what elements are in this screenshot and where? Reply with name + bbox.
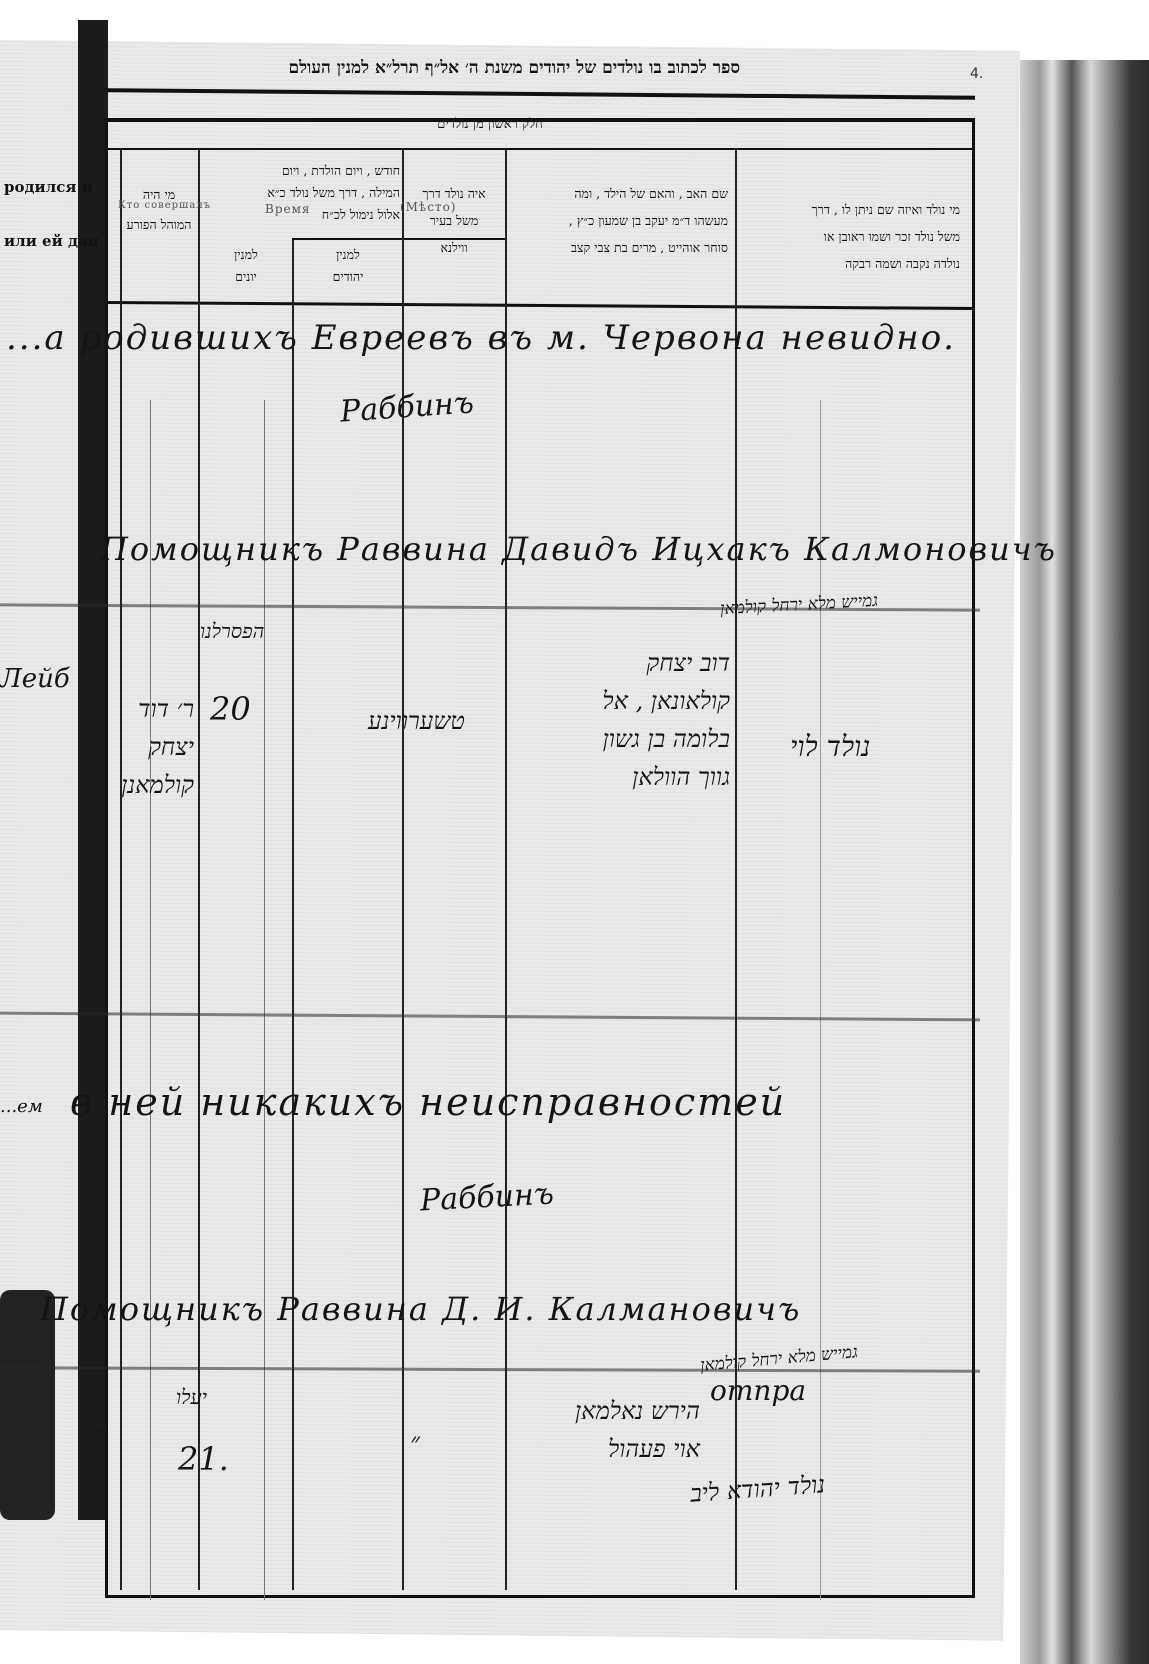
entry-1-place: טשערווינע (368, 702, 465, 740)
mohel-line: ר׳ דוד (94, 690, 194, 728)
header-line: נולדה נקבה ושמה רבקה (740, 250, 960, 277)
subheader-line: יהודים (296, 266, 400, 288)
header-top-line (105, 148, 975, 150)
header-who-born: מי נולד ואיזה שם ניתן לו , דרך משל נולד … (740, 196, 960, 277)
book-title: ספר לכתוב בו נולדים של יהודים משנת ה׳ אל… (200, 58, 740, 78)
book-edge (1020, 60, 1149, 1664)
ru-overprint-mohel: Кто совершалъ (118, 200, 211, 211)
header-line: חודש , ויום הולדת , ויום (200, 160, 400, 182)
assistant-rabbi-line-2: Помощникъ Раввина Д. И. Калмановичъ (40, 1290, 801, 1328)
entry-1-parents: דוב יצחק קולאונאן , אל בלומה בן גשון גוו… (490, 644, 730, 796)
header-line: מעשהו ד״מ יעקב בן שמעון כ״ץ , (510, 207, 728, 234)
left-page-printed-line-2: или ей дан (4, 232, 99, 250)
header-line: שם האב , והאם של הילד , ומה (510, 180, 728, 207)
header-line: המילה , דרך משל נולד כ״א (200, 182, 400, 204)
header-line: מי נולד ואיזה שם ניתן לו , דרך (740, 196, 960, 223)
entry-2-ditto-place: ״ (410, 1428, 420, 1458)
column-divider (198, 150, 200, 1590)
section-title: חלק ראשון מן נולדים (360, 116, 620, 132)
assistant-rabbi-line-1: Помощникъ Раввина Давидъ Ицхакъ Калмонов… (100, 530, 1057, 568)
subheader-christian: למנין יונים (202, 244, 290, 288)
entry-1-mohel: ר׳ דוד יצחק קולמאנן (94, 690, 194, 804)
header-parents: שם האב , והאם של הילד , ומה מעשהו ד״מ יע… (510, 180, 728, 261)
entry-1-christian-day: 20 (210, 690, 251, 728)
subheader-line: למנין (296, 244, 400, 266)
faint-rule (150, 400, 151, 1600)
handwritten-note-top: ...а родившихъ Евреевъ въ м. Червона нев… (6, 318, 956, 358)
entry-1-month: הפסרלנו (200, 612, 264, 650)
header-line: ווילנא (406, 234, 502, 261)
mohel-line: קולמאנן (94, 766, 194, 804)
column-divider (292, 240, 294, 1590)
left-margin-hand-1: Лейб (0, 664, 70, 694)
parents-line: הירש נאלמאן (460, 1392, 700, 1430)
entry-2-parents: הירש נאלמאן אוי פעהול (460, 1392, 700, 1468)
faint-rule (264, 400, 265, 1600)
parents-line: אוי פעהול (460, 1430, 700, 1468)
parents-line: בלומה בן גשון (490, 720, 730, 758)
entry-2-christian-day: 21. (178, 1440, 229, 1478)
entry-2-ditto-mohel: ״ (96, 1418, 106, 1448)
column-divider (505, 150, 507, 1590)
entry-2-month: יעלו (176, 1378, 207, 1416)
page-corner-mark: 4. (970, 66, 983, 82)
parents-line: קולאונאן , אל (490, 682, 730, 720)
header-where-born: איה נולד דרך משל בעיר ווילנא (406, 180, 502, 261)
column-divider (120, 150, 122, 1590)
ru-overprint-place: (Mѣсто) (400, 200, 456, 214)
header-line: המוהל הפורע (122, 210, 196, 240)
entry-1-child: נולד לוי (790, 728, 870, 766)
subheader-line: למנין (202, 244, 290, 266)
parents-line: דוב יצחק (490, 644, 730, 682)
rabbi-signature-2: Раббинъ (419, 1177, 554, 1219)
header-line: משל נולד זכר ושמו ראובן או (740, 223, 960, 250)
ru-overprint-time: Время (265, 202, 311, 216)
subheader-jewish: למנין יהודים (296, 244, 400, 288)
column-divider (402, 150, 404, 1590)
left-margin-hand-2: ...ем (0, 1096, 43, 1117)
header-dates: חודש , ויום הולדת , ויום המילה , דרך משל… (200, 160, 400, 226)
handwritten-note-mid: в ней никакихъ неисправностей (70, 1080, 786, 1124)
header-line: סוחר אוהייט , מרים בת צבי קצב (510, 234, 728, 261)
left-page-printed-line-1: родился и (4, 178, 93, 196)
correction-note: отпра (710, 1374, 806, 1407)
mohel-line: יצחק (94, 728, 194, 766)
faint-rule (820, 400, 821, 1600)
parents-line: גווך הוולאן (490, 758, 730, 796)
subheader-line: יונים (202, 266, 290, 288)
